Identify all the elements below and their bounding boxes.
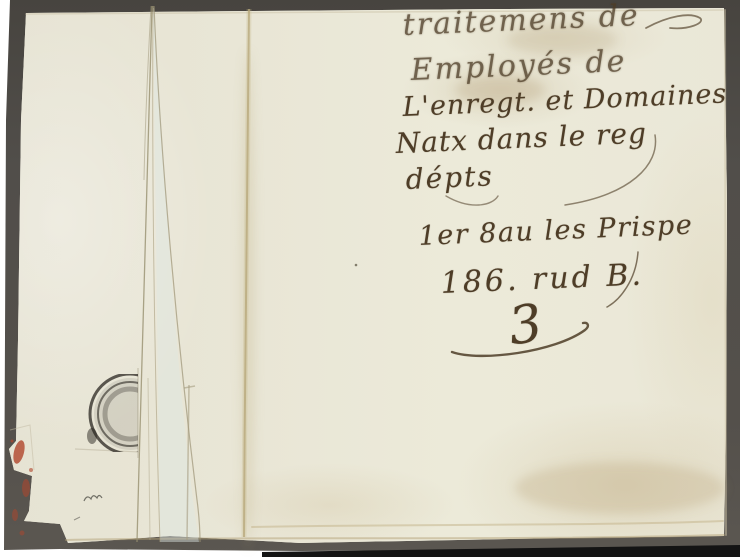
fold-creases bbox=[137, 6, 200, 542]
handwriting-line-5: dépts bbox=[405, 159, 494, 196]
red-wax-remnants bbox=[11, 439, 34, 535]
letter-photo: traitemens de Employés de L'enregt. et D… bbox=[0, 0, 740, 557]
